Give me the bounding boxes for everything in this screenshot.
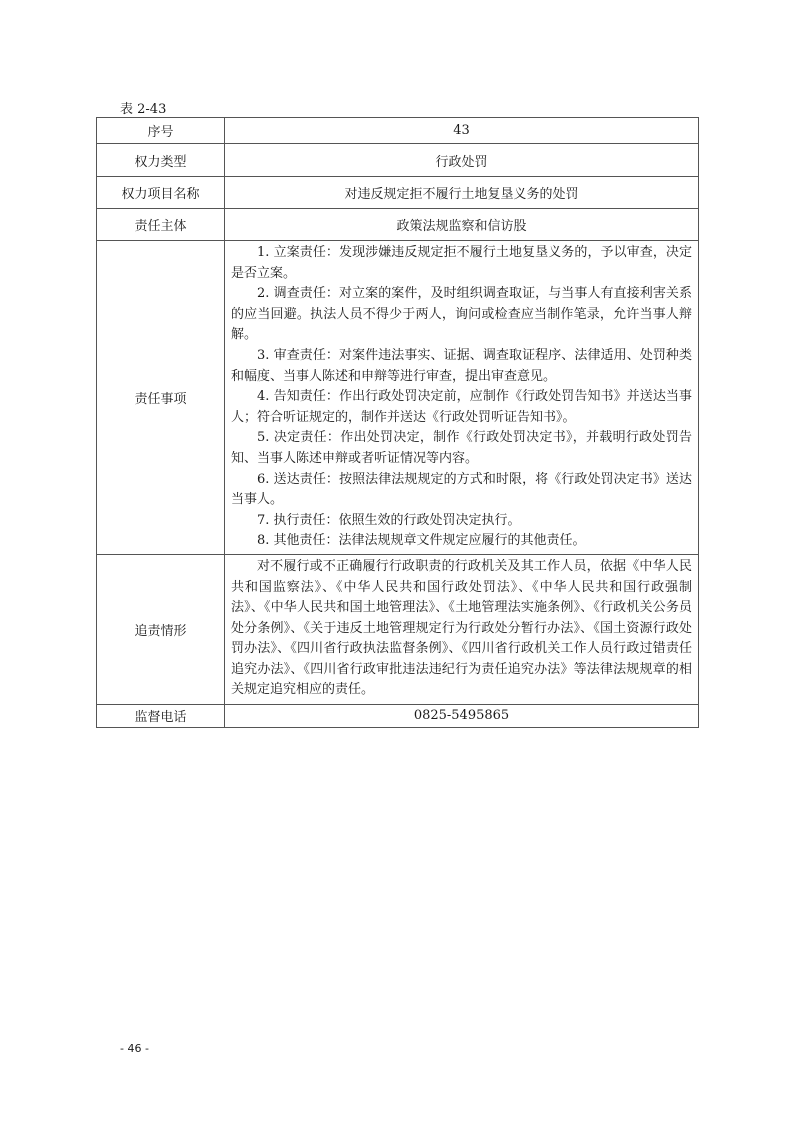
row-label: 追责情形 xyxy=(97,554,225,704)
page-number: - 46 - xyxy=(120,1042,149,1055)
responsibilities-row: 责任事项 1. 立案责任：发现涉嫌违反规定拒不履行土地复垦义务的，予以审查，决定… xyxy=(97,241,699,555)
row-label: 权力类型 xyxy=(97,144,225,177)
row-value: 行政处罚 xyxy=(225,144,699,177)
row-label: 序号 xyxy=(97,118,225,144)
table-row: 权力类型 行政处罚 xyxy=(97,144,699,177)
table-row: 权力项目名称 对违反规定拒不履行土地复垦义务的处罚 xyxy=(97,177,699,209)
responsibility-item: 6. 送达责任：按照法律法规规定的方式和时限，将《行政处罚决定书》送达当事人。 xyxy=(231,470,692,511)
responsibilities-list: 1. 立案责任：发现涉嫌违反规定拒不履行土地复垦义务的，予以审查，决定是否立案。… xyxy=(225,241,699,555)
responsibility-item: 5. 决定责任：作出处罚决定，制作《行政处罚决定书》，并载明行政处罚告知、当事人… xyxy=(231,428,692,469)
row-label: 权力项目名称 xyxy=(97,177,225,209)
responsibility-item: 4. 告知责任：作出行政处罚决定前，应制作《行政处罚告知书》并送达当事人；符合听… xyxy=(231,387,692,428)
power-item-table: 序号 43 权力类型 行政处罚 权力项目名称 对违反规定拒不履行土地复垦义务的处… xyxy=(96,117,699,728)
responsibility-item: 1. 立案责任：发现涉嫌违反规定拒不履行土地复垦义务的，予以审查，决定是否立案。 xyxy=(231,243,692,284)
phone-row: 监督电话 0825-5495865 xyxy=(97,704,699,727)
row-label: 监督电话 xyxy=(97,704,225,727)
table-caption: 表 2-43 xyxy=(120,98,166,117)
accountability-row: 追责情形 对不履行或不正确履行行政职责的行政机关及其工作人员，依据《中华人民共和… xyxy=(97,554,699,704)
table-row: 责任主体 政策法规监察和信访股 xyxy=(97,209,699,241)
row-value: 政策法规监察和信访股 xyxy=(225,209,699,241)
responsibility-item: 3. 审查责任：对案件违法事实、证据、调查取证程序、法律适用、处罚种类和幅度、当… xyxy=(231,346,692,387)
responsibility-item: 7. 执行责任：依照生效的行政处罚决定执行。 xyxy=(231,511,692,532)
row-label: 责任事项 xyxy=(97,241,225,555)
accountability-cell: 对不履行或不正确履行行政职责的行政机关及其工作人员，依据《中华人民共和国监察法》… xyxy=(225,554,699,704)
responsibility-item: 2. 调查责任：对立案的案件，及时组织调查取证，与当事人有直接利害关系的应当回避… xyxy=(231,284,692,346)
table-row: 序号 43 xyxy=(97,118,699,144)
phone-number: 0825-5495865 xyxy=(225,704,699,727)
accountability-text: 对不履行或不正确履行行政职责的行政机关及其工作人员，依据《中华人民共和国监察法》… xyxy=(231,557,692,701)
responsibility-item: 8. 其他责任：法律法规规章文件规定应履行的其他责任。 xyxy=(231,531,692,552)
row-value: 43 xyxy=(225,118,699,144)
row-value: 对违反规定拒不履行土地复垦义务的处罚 xyxy=(225,177,699,209)
row-label: 责任主体 xyxy=(97,209,225,241)
